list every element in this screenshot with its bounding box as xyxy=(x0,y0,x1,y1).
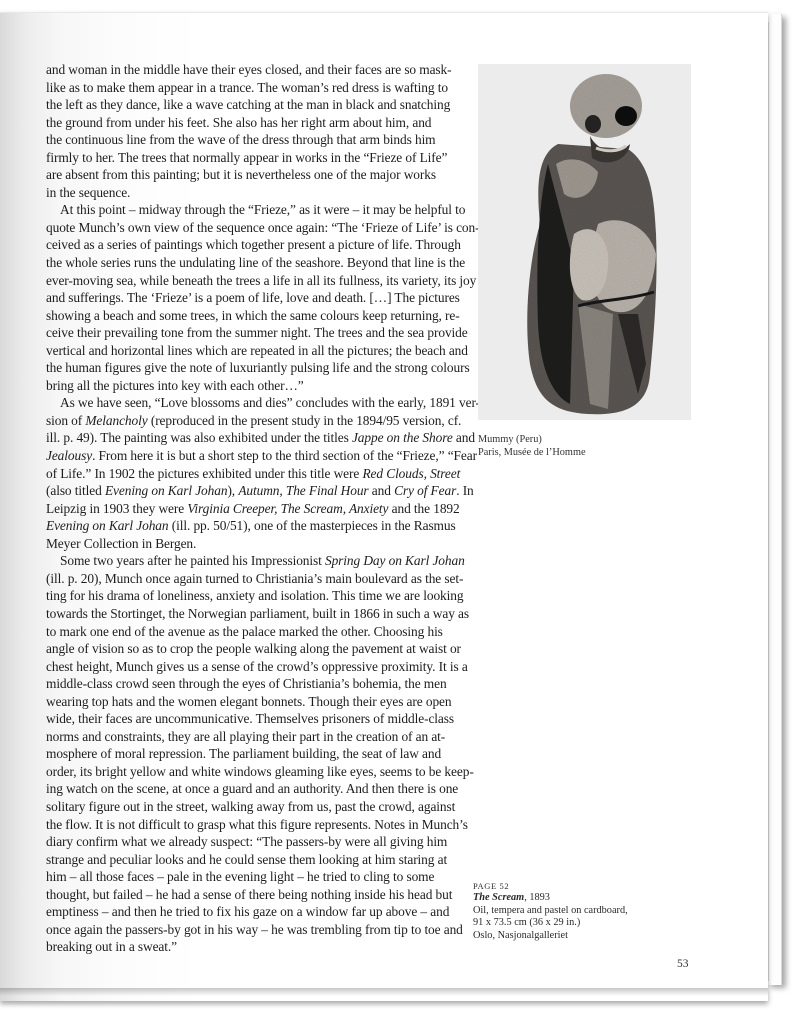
text-line: ceive their prevailing tone from the sum… xyxy=(46,324,460,342)
text-line: At this point – midway through the “Frie… xyxy=(46,201,460,219)
text-run: quote Munch’s own view of the sequence o… xyxy=(46,220,479,235)
italic-title: Autumn, The Final Hour xyxy=(238,483,368,498)
text-line: Meyer Collection in Bergen. xyxy=(46,535,460,553)
text-line: showing a beach and some trees, in which… xyxy=(46,307,460,325)
text-run: and xyxy=(453,430,475,445)
text-run: As we have seen, “Love blossoms and dies… xyxy=(60,395,480,410)
text-line: mosphere of moral repression. The parlia… xyxy=(46,745,460,763)
text-run: once again the passers-by got in his way… xyxy=(46,922,463,937)
italic-title: Virginia Creeper, The Scream, Anxiety xyxy=(187,501,388,516)
text-run: (also titled xyxy=(46,483,105,498)
text-line: ever-moving sea, while beneath the trees… xyxy=(46,272,460,290)
text-line: the human figures give the note of luxur… xyxy=(46,359,460,377)
text-run: vertical and horizontal lines which are … xyxy=(46,343,468,358)
text-run: wearing top hats and the women elegant b… xyxy=(46,694,451,709)
text-run: to mark one end of the avenue as the pal… xyxy=(46,624,443,639)
text-line: angle of vision so as to crop the people… xyxy=(46,640,460,658)
text-run: are absent from this painting; but it is… xyxy=(46,167,436,182)
text-run: the ground from under his feet. She also… xyxy=(46,115,431,130)
page-shadow xyxy=(0,988,768,996)
text-run: ceive their prevailing tone from the sum… xyxy=(46,325,468,340)
text-line: diary confirm what we already suspect: “… xyxy=(46,833,460,851)
text-line: (also titled Evening on Karl Johan), Aut… xyxy=(46,482,460,500)
text-line: (ill. p. 20), Munch once again turned to… xyxy=(46,570,460,588)
text-line: strange and peculiar looks and he could … xyxy=(46,851,460,869)
text-line: ing watch on the scene, at once a guard … xyxy=(46,780,460,798)
text-run: ill. p. 49). The painting was also exhib… xyxy=(46,430,352,445)
italic-title: Evening on Karl Johan xyxy=(105,483,228,498)
text-run: Some two years after he painted his Impr… xyxy=(60,553,325,568)
text-line: norms and constraints, they are all play… xyxy=(46,728,460,746)
text-run: the continuous line from the wave of the… xyxy=(46,132,436,147)
text-line: wide, their faces are uncommunicative. T… xyxy=(46,710,460,728)
text-line: breaking out in a sweat.” xyxy=(46,938,460,956)
text-line: him – all those faces – pale in the even… xyxy=(46,868,460,886)
text-run: the left as they dance, like a wave catc… xyxy=(46,97,450,112)
text-run: (ill. pp. 50/51), one of the masterpiece… xyxy=(169,518,456,533)
text-line: ceived as a series of paintings which to… xyxy=(46,236,460,254)
italic-title: Cry of Fear xyxy=(394,483,456,498)
text-line: chest height, Munch gives us a sense of … xyxy=(46,658,460,676)
text-run: him – all those faces – pale in the even… xyxy=(46,869,434,884)
artwork-caption: PAGE 52 The Scream, 1893 Oil, tempera an… xyxy=(473,880,628,942)
text-run: the human figures give the note of luxur… xyxy=(46,360,470,375)
text-run: thought, but failed – he had a sense of … xyxy=(46,887,452,902)
text-run: breaking out in a sweat.” xyxy=(46,939,177,954)
text-line: the flow. It is not difficult to grasp w… xyxy=(46,816,460,834)
text-run: wide, their faces are uncommunicative. T… xyxy=(46,711,454,726)
italic-title: Spring Day on Karl Johan xyxy=(325,553,465,568)
text-line: Some two years after he painted his Impr… xyxy=(46,552,460,570)
figure-caption: Mummy (Peru) Paris, Musée de l’Homme xyxy=(478,434,586,459)
text-line: and woman in the middle have their eyes … xyxy=(46,61,460,79)
text-run: (reproduced in the present study in the … xyxy=(148,413,462,428)
text-run: diary confirm what we already suspect: “… xyxy=(46,834,447,849)
text-line: the continuous line from the wave of the… xyxy=(46,131,460,149)
text-line: Jealousy. From here it is but a short st… xyxy=(46,447,460,465)
text-run: in the sequence. xyxy=(46,185,130,200)
text-run: like as to make them appear in a trance.… xyxy=(46,80,448,95)
text-run: solitary figure out in the street, walki… xyxy=(46,799,455,814)
figure-caption-title: Mummy (Peru) xyxy=(478,434,586,447)
caption-title-line: The Scream, 1893 xyxy=(473,892,628,904)
text-line: in the sequence. xyxy=(46,184,460,202)
text-line: thought, but failed – he had a sense of … xyxy=(46,886,460,904)
text-run: Meyer Collection in Bergen. xyxy=(46,536,196,551)
text-run: ), xyxy=(227,483,238,498)
text-run: firmly to her. The trees that normally a… xyxy=(46,150,447,165)
text-run: . In xyxy=(456,483,473,498)
text-run: and the 1892 xyxy=(388,501,459,516)
text-line: towards the Stortinget, the Norwegian pa… xyxy=(46,605,460,623)
text-line: firmly to her. The trees that normally a… xyxy=(46,149,460,167)
artwork-medium: Oil, tempera and pastel on cardboard, xyxy=(473,905,628,917)
page-stack-edge xyxy=(767,14,782,985)
artwork-dimensions: 91 x 73.5 cm (36 x 29 in.) xyxy=(473,917,628,929)
text-run: Leipzig in 1903 they were xyxy=(46,501,187,516)
mummy-figure-icon xyxy=(478,64,691,420)
italic-title: Melancholy xyxy=(85,413,147,428)
text-line: middle-class crowd seen through the eyes… xyxy=(46,675,460,693)
text-run: sion of xyxy=(46,413,85,428)
text-run: the whole series runs the undulating lin… xyxy=(46,255,465,270)
text-run: and xyxy=(369,483,395,498)
text-run: order, its bright yellow and white windo… xyxy=(46,764,474,779)
artwork-year: , 1893 xyxy=(524,892,550,903)
text-line: ill. p. 49). The painting was also exhib… xyxy=(46,429,460,447)
text-line: the left as they dance, like a wave catc… xyxy=(46,96,460,114)
text-run: middle-class crowd seen through the eyes… xyxy=(46,676,447,691)
text-run: towards the Stortinget, the Norwegian pa… xyxy=(46,606,469,621)
text-line: like as to make them appear in a trance.… xyxy=(46,79,460,97)
mummy-photograph xyxy=(478,64,691,420)
text-line: and sufferings. The ‘Frieze’ is a poem o… xyxy=(46,289,460,307)
text-line: to mark one end of the avenue as the pal… xyxy=(46,623,460,641)
text-run: chest height, Munch gives us a sense of … xyxy=(46,659,468,674)
text-line: the ground from under his feet. She also… xyxy=(46,114,460,132)
artwork-title: The Scream xyxy=(473,892,524,903)
text-run: norms and constraints, they are all play… xyxy=(46,729,445,744)
text-line: once again the passers-by got in his way… xyxy=(46,921,460,939)
caption-page-reference: PAGE 52 xyxy=(473,880,628,892)
text-line: Leipzig in 1903 they were Virginia Creep… xyxy=(46,500,460,518)
italic-title: Red Clouds, Street xyxy=(362,466,460,481)
text-run: mosphere of moral repression. The parlia… xyxy=(46,746,441,761)
text-line: are absent from this painting; but it is… xyxy=(46,166,460,184)
text-run: . From here it is but a short step to th… xyxy=(92,448,477,463)
text-run: At this point – midway through the “Frie… xyxy=(60,202,465,217)
body-text-column: and woman in the middle have their eyes … xyxy=(46,61,460,956)
text-run: emptiness – and then he tried to fix his… xyxy=(46,904,449,919)
text-run: ever-moving sea, while beneath the trees… xyxy=(46,273,476,288)
italic-title: Jappe on the Shore xyxy=(352,430,453,445)
text-run: the flow. It is not difficult to grasp w… xyxy=(46,817,468,832)
text-run: of Life.” In 1902 the pictures exhibited… xyxy=(46,466,362,481)
text-line: As we have seen, “Love blossoms and dies… xyxy=(46,394,460,412)
text-line: ting for his drama of loneliness, anxiet… xyxy=(46,587,460,605)
text-run: showing a beach and some trees, in which… xyxy=(46,308,460,323)
text-line: emptiness – and then he tried to fix his… xyxy=(46,903,460,921)
text-line: solitary figure out in the street, walki… xyxy=(46,798,460,816)
text-line: sion of Melancholy (reproduced in the pr… xyxy=(46,412,460,430)
text-line: wearing top hats and the women elegant b… xyxy=(46,693,460,711)
text-line: vertical and horizontal lines which are … xyxy=(46,342,460,360)
italic-title: Evening on Karl Johan xyxy=(46,518,169,533)
text-run: bring all the pictures into key with eac… xyxy=(46,378,304,393)
text-run: (ill. p. 20), Munch once again turned to… xyxy=(46,571,463,586)
text-run: ceived as a series of paintings which to… xyxy=(46,237,461,252)
text-line: bring all the pictures into key with eac… xyxy=(46,377,460,395)
text-run: angle of vision so as to crop the people… xyxy=(46,641,461,656)
text-run: strange and peculiar looks and he could … xyxy=(46,852,447,867)
text-line: the whole series runs the undulating lin… xyxy=(46,254,460,272)
text-run: ting for his drama of loneliness, anxiet… xyxy=(46,588,463,603)
text-run: and woman in the middle have their eyes … xyxy=(46,62,452,77)
text-line: Evening on Karl Johan (ill. pp. 50/51), … xyxy=(46,517,460,535)
text-run: and sufferings. The ‘Frieze’ is a poem o… xyxy=(46,290,460,305)
text-line: quote Munch’s own view of the sequence o… xyxy=(46,219,460,237)
text-line: order, its bright yellow and white windo… xyxy=(46,763,460,781)
page-number: 53 xyxy=(677,958,689,970)
artwork-location: Oslo, Nasjonalgalleriet xyxy=(473,930,628,942)
text-line: of Life.” In 1902 the pictures exhibited… xyxy=(46,465,460,483)
text-run: ing watch on the scene, at once a guard … xyxy=(46,781,458,796)
italic-title: Jealousy xyxy=(46,448,92,463)
figure-caption-location: Paris, Musée de l’Homme xyxy=(478,447,586,460)
